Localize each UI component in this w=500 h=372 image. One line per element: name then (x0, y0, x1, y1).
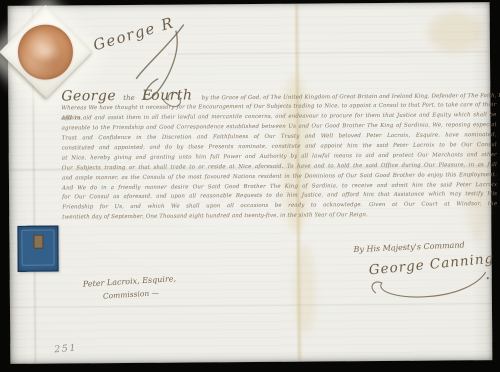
opening-word-small: the (123, 94, 135, 102)
docket-type: Commission — (103, 288, 160, 300)
stamp-cypher-rivet (33, 235, 43, 249)
fold-crease-horizontal-lower (10, 302, 492, 309)
folio-number: 251 (54, 343, 77, 356)
opening-line-rest: by the Grace of God, of The United Kingd… (202, 93, 500, 102)
opening-word: George (61, 88, 116, 104)
age-stain (428, 12, 483, 52)
age-stain (293, 243, 316, 333)
body-line-date: twentieth day of September, One Thousand… (62, 210, 497, 223)
royal-arms-motif (30, 41, 61, 63)
photographed-document: George R George the Fourth by the Grace … (0, 0, 500, 372)
docket-name: Peter Lacroix, Esquire, (83, 274, 177, 289)
parchment-sheet: George R George the Fourth by the Grace … (8, 2, 493, 364)
fold-crease-horizontal-upper (168, 50, 490, 56)
countersignature-flourish-icon (366, 268, 491, 301)
command-by-line: By His Majesty's Command (353, 240, 464, 254)
opening-word: Fourth (142, 87, 193, 103)
revenue-stamp (17, 226, 58, 272)
body-text: George the Fourth by the Grace of God, o… (61, 82, 497, 224)
